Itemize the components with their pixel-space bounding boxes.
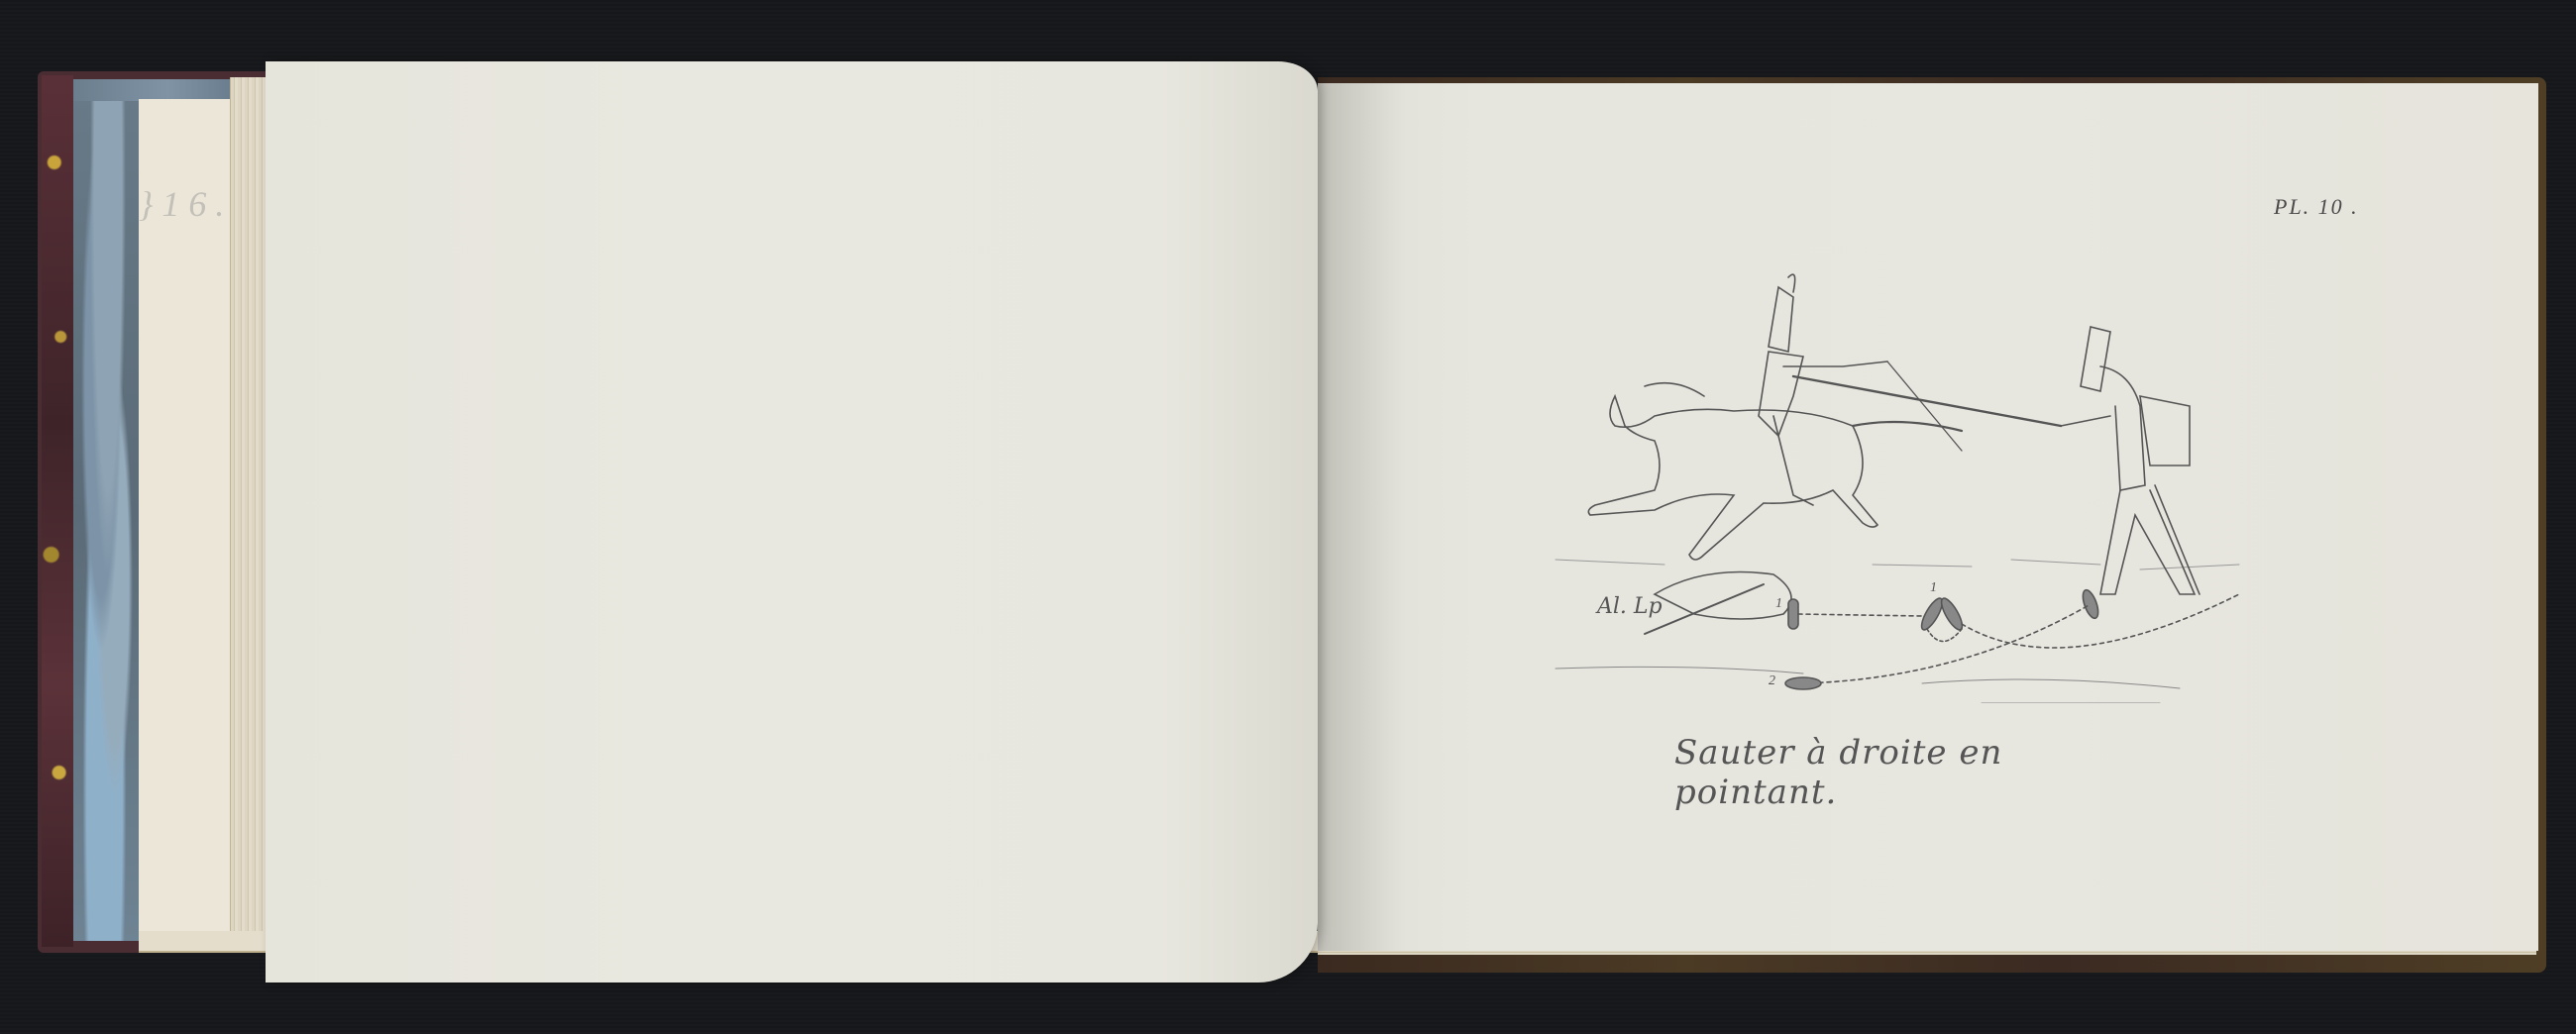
marbled-endpaper: [73, 87, 143, 941]
step-label-2: 2: [1769, 673, 1775, 689]
gutter-shadow: [1318, 83, 1407, 951]
marbled-endpaper-top: [73, 79, 232, 101]
step-label-1b: 1: [1930, 580, 1937, 596]
plate-number: PL. 10 .: [2274, 194, 2359, 220]
left-blank-page: [266, 61, 1318, 982]
leather-edge: [42, 75, 73, 947]
plate-caption: Sauter à droite en pointant.: [1674, 733, 2140, 812]
engraving-illustration: [1546, 267, 2259, 703]
infantryman: [2061, 327, 2200, 594]
engraver-signature: Al. Lp: [1597, 594, 1663, 619]
penciled-note: } 1 6 .: [139, 183, 224, 225]
step-label-1a: 1: [1775, 596, 1782, 612]
horse: [1588, 383, 1962, 560]
page-stack-edge: [230, 77, 270, 931]
